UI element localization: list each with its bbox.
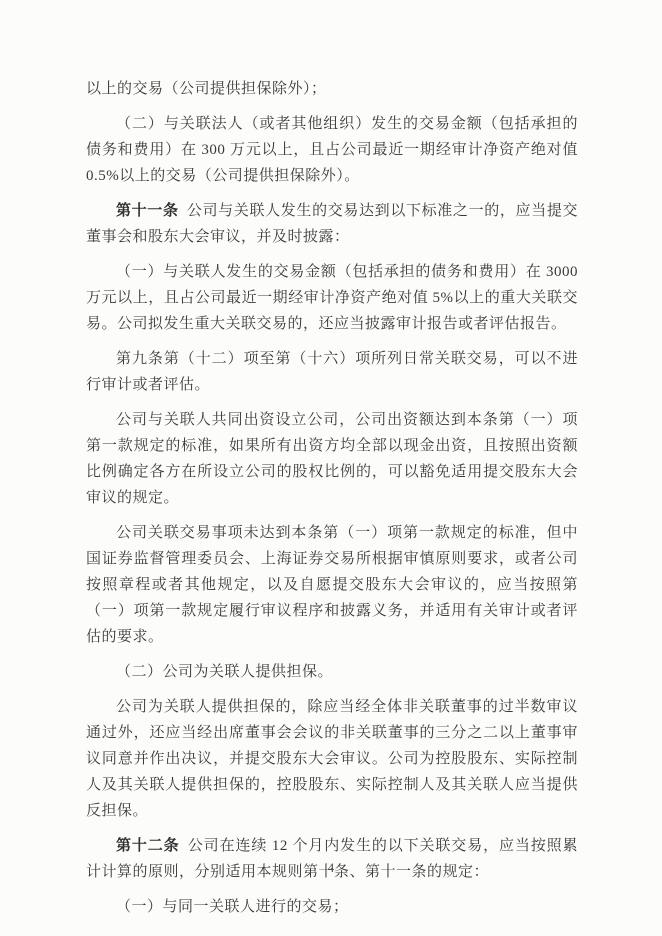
paragraph-article-11: 第十一条公司与关联人发生的交易达到以下标准之一的，应当提交董事会和股东大会审议，… <box>86 198 578 250</box>
document-page: 以上的交易（公司提供担保除外）； （二）与关联法人（或者其他组织）发生的交易金额… <box>0 0 662 936</box>
paragraph: 公司为关联人提供担保的，除应当经全体非关联董事的过半数审议通过外，还应当经出席董… <box>86 694 578 824</box>
article-number: 第十一条 <box>116 203 179 219</box>
paragraph-text: （一）与同一关联人进行的交易； <box>116 899 349 915</box>
paragraph: 公司关联交易事项未达到本条第（一）项第一款规定的标准，但中国证券监督管理委员会、… <box>86 520 578 650</box>
paragraph-text: 以上的交易（公司提供担保除外）； <box>86 81 327 97</box>
paragraph: （一）与关联人发生的交易金额（包括承担的债务和费用）在 3000 万元以上，且占… <box>86 259 578 337</box>
page-number: 4 <box>0 860 662 876</box>
paragraph: （二）公司为关联人提供担保。 <box>86 659 578 685</box>
paragraph: （一）与同一关联人进行的交易； <box>86 894 578 920</box>
paragraph: 公司与关联人共同出资设立公司，公司出资额达到本条第（一）项第一款规定的标准，如果… <box>86 407 578 511</box>
paragraph-text: （一）与关联人发生的交易金额（包括承担的债务和费用）在 3000 万元以上，且占… <box>86 264 578 332</box>
paragraph-text: 公司关联交易事项未达到本条第（一）项第一款规定的标准，但中国证券监督管理委员会、… <box>86 525 578 645</box>
paragraph: （二）与关联法人（或者其他组织）发生的交易金额（包括承担的债务和费用）在 300… <box>86 111 578 189</box>
paragraph-article-12: 第十二条公司在连续 12 个月内发生的以下关联交易，应当按照累计计算的原则，分别… <box>86 833 578 885</box>
paragraph-text: 公司与关联人共同出资设立公司，公司出资额达到本条第（一）项第一款规定的标准，如果… <box>86 412 578 506</box>
paragraph-text: （二）公司为关联人提供担保。 <box>116 664 333 680</box>
article-number: 第十二条 <box>116 838 180 854</box>
paragraph-text: （二）与关联法人（或者其他组织）发生的交易金额（包括承担的债务和费用）在 300… <box>86 116 578 184</box>
paragraph-text: 第九条第（十二）项至第（十六）项所列日常关联交易，可以不进行审计或者评估。 <box>86 351 578 393</box>
paragraph-text: 公司为关联人提供担保的，除应当经全体非关联董事的过半数审议通过外，还应当经出席董… <box>86 699 578 819</box>
document-body: 以上的交易（公司提供担保除外）； （二）与关联法人（或者其他组织）发生的交易金额… <box>86 76 578 920</box>
paragraph: 第九条第（十二）项至第（十六）项所列日常关联交易，可以不进行审计或者评估。 <box>86 346 578 398</box>
paragraph: 以上的交易（公司提供担保除外）； <box>86 76 578 102</box>
